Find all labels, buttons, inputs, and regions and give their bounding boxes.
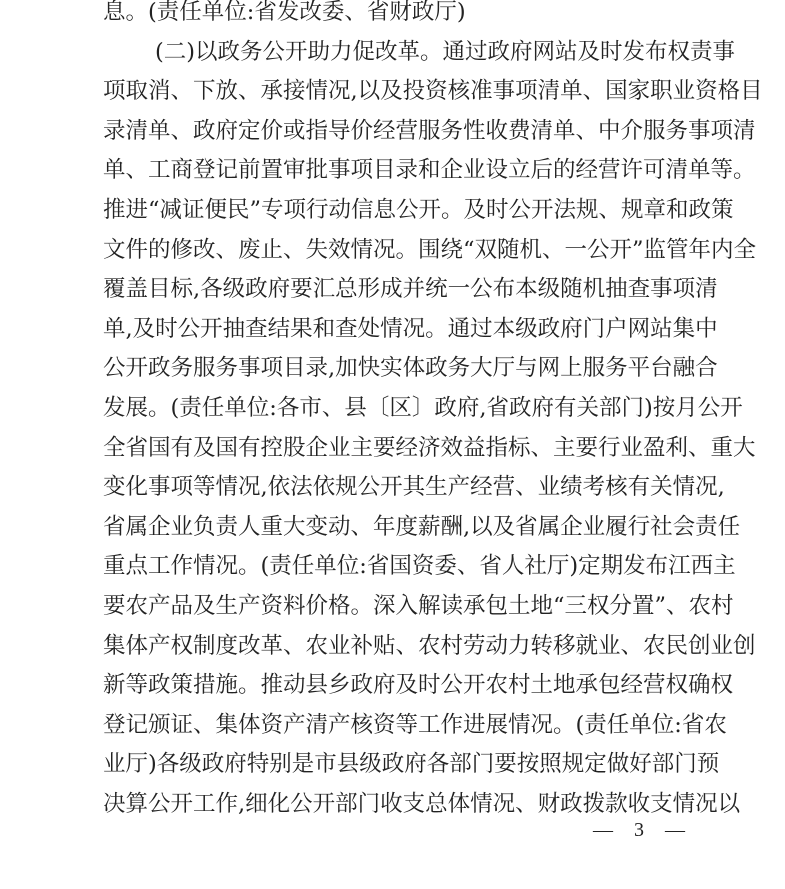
text-line: 息。(责任单位:省发改委、省财政厅) [103,0,685,33]
text-line: 变化事项等情况,依法依规公开其生产经营、业绩考核有关情况, [103,468,685,508]
body-text: 息。(责任单位:省发改委、省财政厅) (二)以政务公开助力促改革。通过政府网站及… [103,0,685,824]
text-line: 重点工作情况。(责任单位:省国资委、省人社厅)定期发布江西主 [103,547,685,587]
section-heading-line: (二)以政务公开助力促改革。通过政府网站及时发布权责事 [103,33,685,73]
text-line: 项取消、下放、承接情况,以及投资核准事项清单、国家职业资格目 [103,72,685,112]
text-line: 集体产权制度改革、农业补贴、农村劳动力转移就业、农民创业创 [103,627,685,667]
text-line: 单、工商登记前置审批事项目录和企业设立后的经营许可清单等。 [103,151,685,191]
document-page: 息。(责任单位:省发改委、省财政厅) (二)以政务公开助力促改革。通过政府网站及… [0,0,785,889]
text-line: 单,及时公开抽查结果和查处情况。通过本级政府门户网站集中 [103,310,685,350]
text-line: 推进“减证便民”专项行动信息公开。及时公开法规、规章和政策 [103,191,685,231]
text-line: 录清单、政府定价或指导价经营服务性收费清单、中介服务事项清 [103,112,685,152]
text-line: 文件的修改、废止、失效情况。围绕“双随机、一公开”监管年内全 [103,231,685,271]
text-line: 登记颁证、集体资产清产核资等工作进展情况。(责任单位:省农 [103,706,685,746]
text-line: 发展。(责任单位:各市、县〔区〕政府,省政府有关部门)按月公开 [103,389,685,429]
text-line: 全省国有及国有控股企业主要经济效益指标、主要行业盈利、重大 [103,429,685,469]
text-line: 公开政务服务事项目录,加快实体政务大厅与网上服务平台融合 [103,349,685,389]
page-number: — 3 — [593,819,693,842]
text-line: 省属企业负责人重大变动、年度薪酬,以及省属企业履行社会责任 [103,508,685,548]
text-line: 要农产品及生产资料价格。深入解读承包土地“三权分置”、农村 [103,587,685,627]
text-line: 新等政策措施。推动县乡政府及时公开农村土地承包经营权确权 [103,666,685,706]
text-line: 业厅)各级政府特别是市县级政府各部门要按照规定做好部门预 [103,745,685,785]
text-line: 覆盖目标,各级政府要汇总形成并统一公布本级随机抽查事项清 [103,270,685,310]
